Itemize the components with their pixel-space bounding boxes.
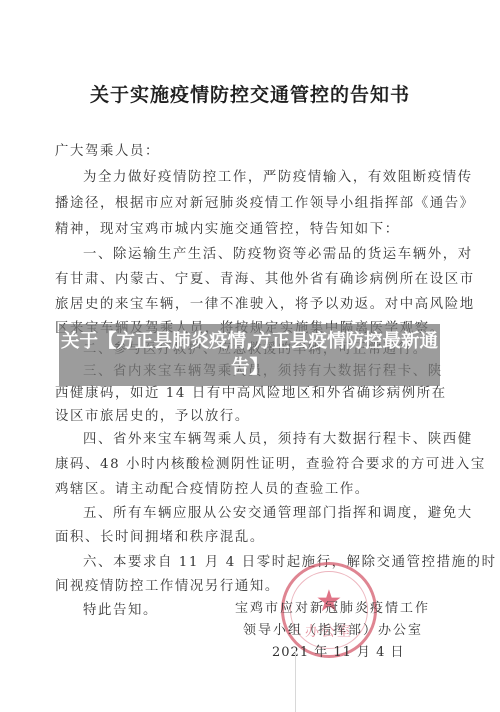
body-line: 设区市旅居史的，予以放行。 bbox=[55, 405, 455, 424]
body-line: 为全力做好疫情防控工作，严防疫情输入，有效阻断疫情传 bbox=[83, 166, 455, 185]
body-line: 播途径，根据市应对新冠肺炎疫情工作领导小组指挥部《通告》 bbox=[55, 192, 455, 211]
signature-org-line1: 宝鸡市应对新冠肺炎疫情工作 bbox=[235, 597, 430, 616]
clause-6: 六、本要求自 11 月 4 日零时起施行，解除交通管控措施的时 bbox=[83, 551, 455, 570]
clause-4: 四、省外来宝车辆驾乘人员，须持有大数据行程卡、陕西健 bbox=[83, 428, 455, 447]
page-crease bbox=[295, 650, 296, 712]
document-title: 关于实施疫情防控交通管控的告知书 bbox=[0, 80, 500, 107]
clause-1: 一、除运输生产生活、防疫物资等必需品的货运车辆外，对 bbox=[83, 243, 455, 262]
clause-5: 五、所有车辆应服从公安交通管理部门指挥和调度，避免大 bbox=[83, 502, 455, 521]
headline-text[interactable]: 关于【方正县肺炎疫情,方正县疫情防控最新通告】 bbox=[59, 329, 440, 381]
body-line: 间视疫情防控工作情况另行通知。 bbox=[55, 575, 455, 594]
headline-overlay[interactable]: 关于【方正县肺炎疫情,方正县疫情防控最新通告】 bbox=[59, 324, 440, 386]
body-line: 面积、长时间拥堵和秩序混乱。 bbox=[55, 526, 455, 545]
body-line: 鸡辖区。请主动配合疫情防控人员的查验工作。 bbox=[55, 478, 455, 497]
salutation: 广大驾乘人员： bbox=[55, 140, 455, 159]
signature-date: 2021 年 11 月 4 日 bbox=[272, 641, 405, 660]
body-line: 有甘肃、内蒙古、宁夏、青海、其他外省有确诊病例所在设区市 bbox=[55, 268, 455, 287]
body-line: 康码、48 小时内核酸检测阴性证明，查验符合要求的方可进入宝 bbox=[55, 453, 455, 472]
body-line: 旅居史的来宝车辆，一律不准驶入，将予以劝返。对中高风险地 bbox=[55, 293, 455, 312]
body-line: 精神，现对宝鸡市城内实施交通管控，特告知如下： bbox=[55, 218, 455, 237]
signature-org-line2: 领导小组（指挥部）办公室 bbox=[243, 619, 423, 638]
